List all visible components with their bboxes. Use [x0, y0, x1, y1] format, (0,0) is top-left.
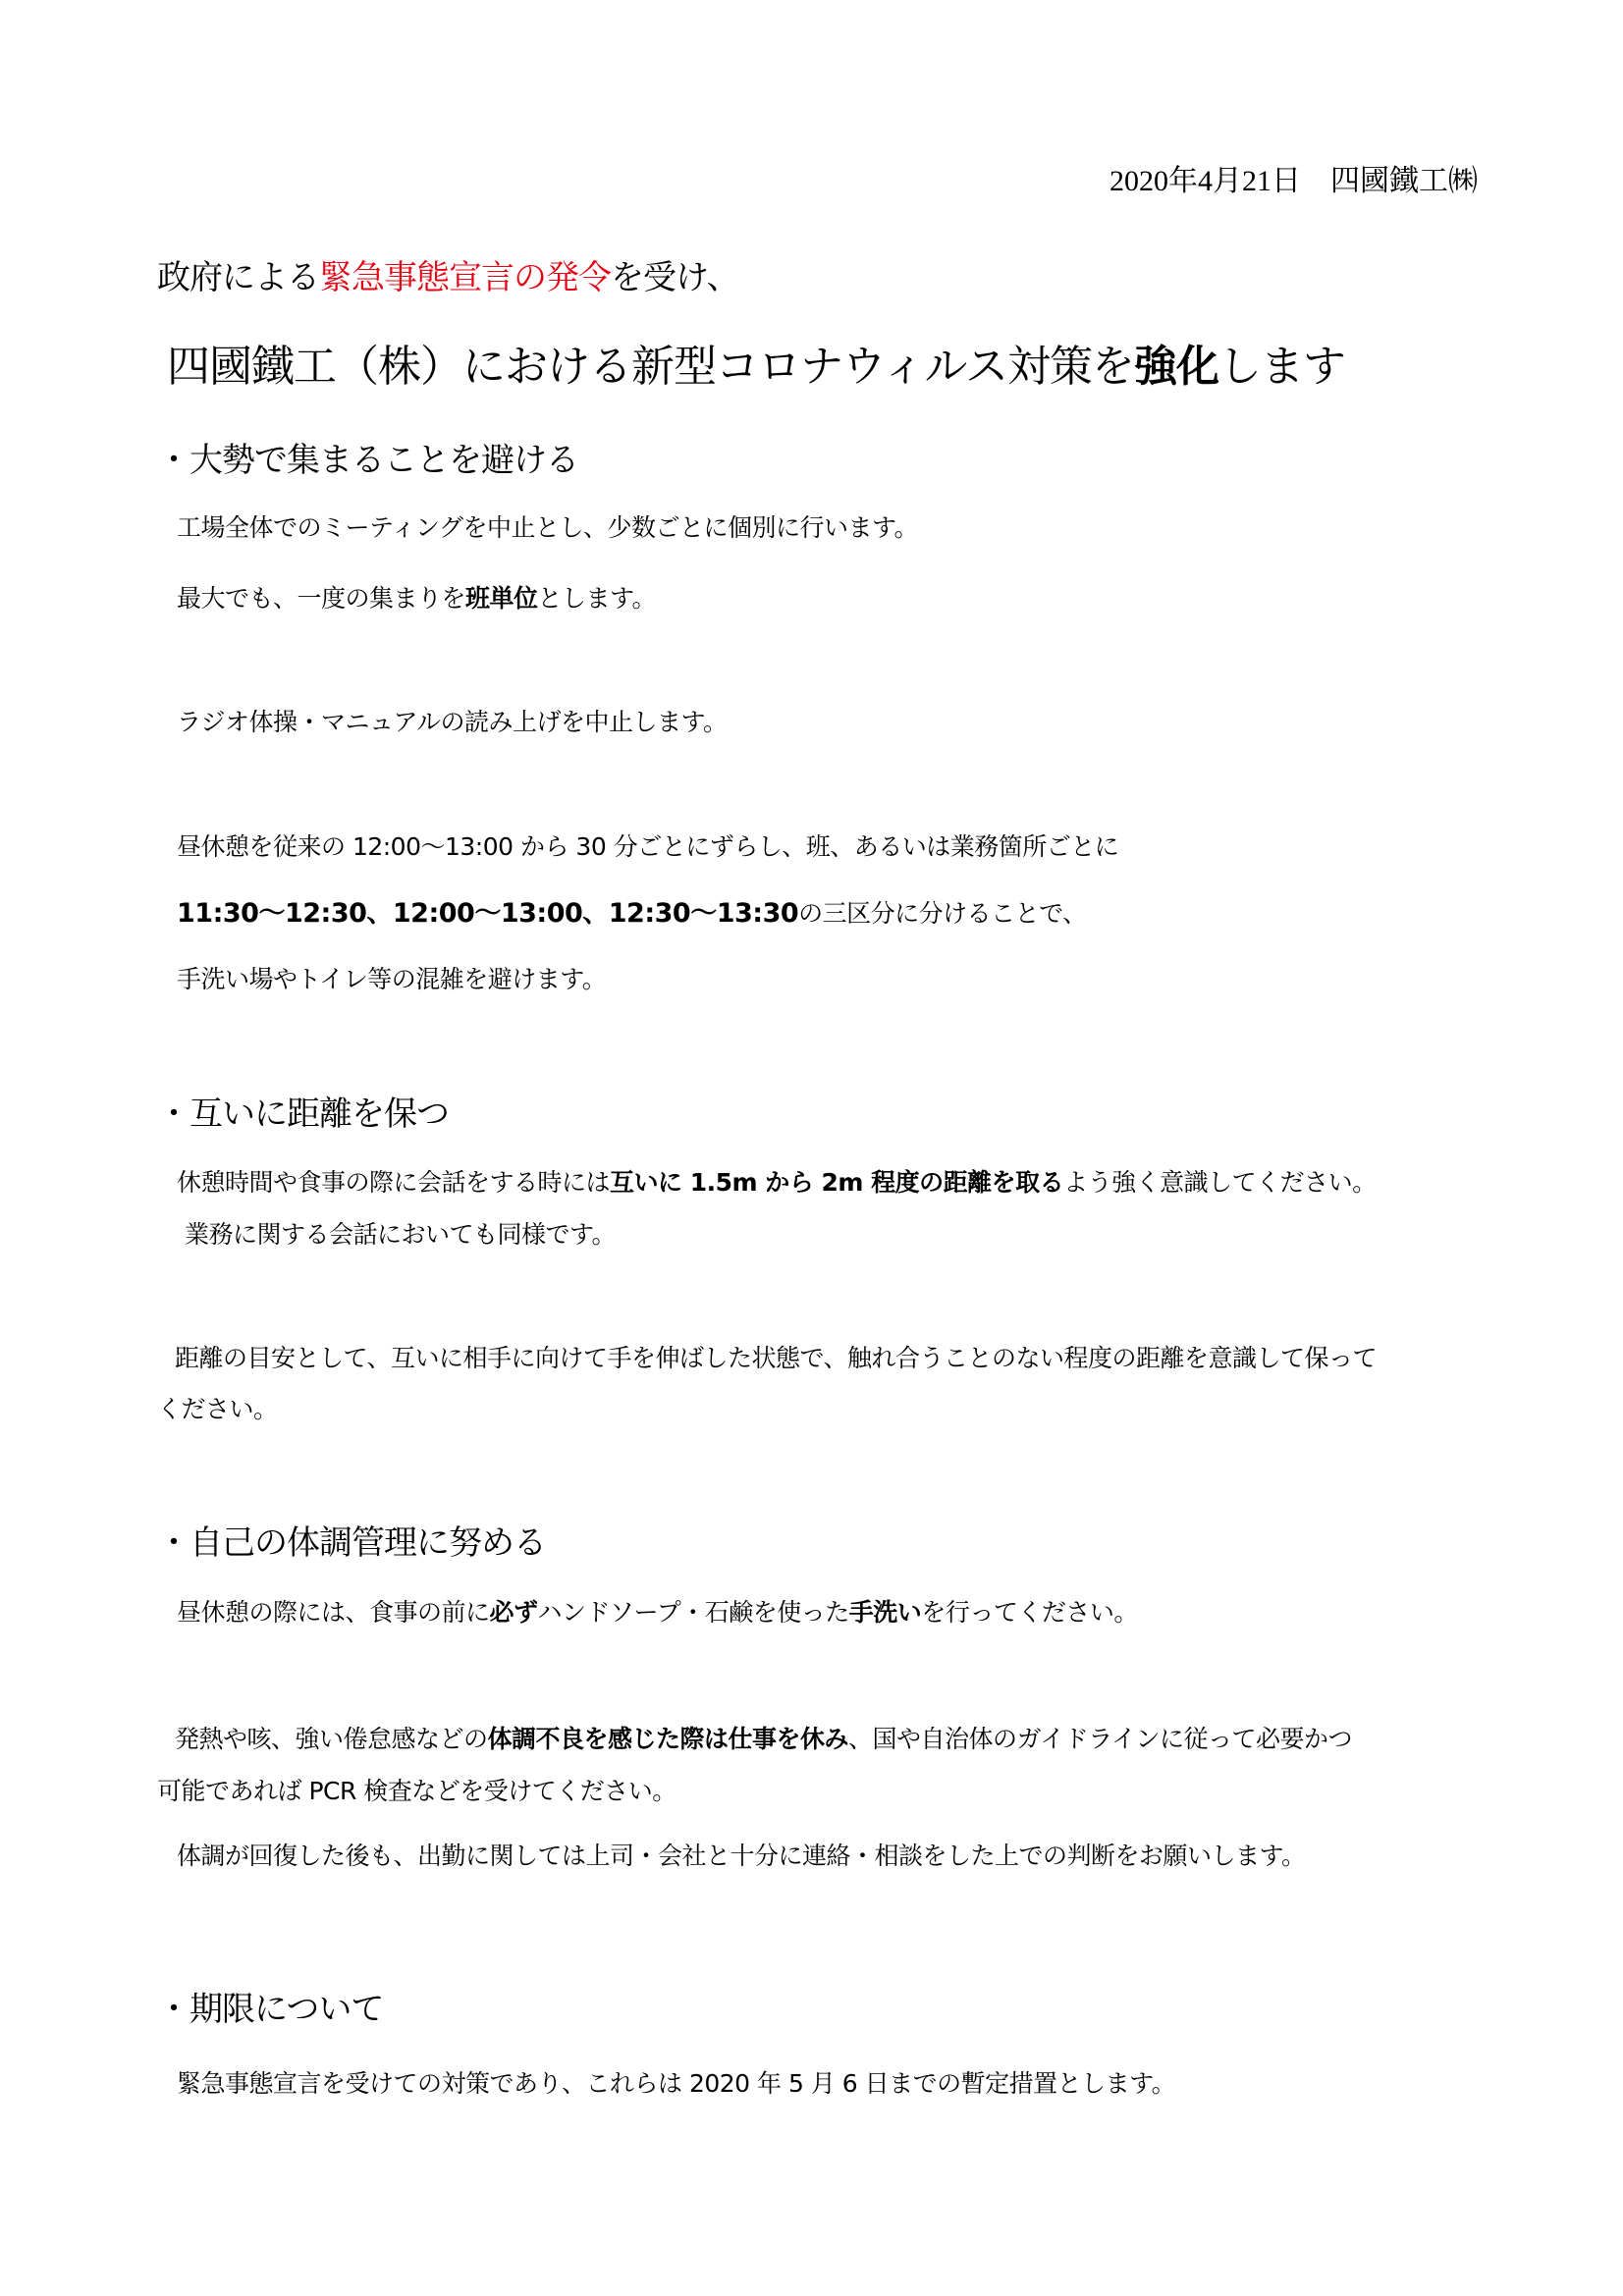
page-title: 四國鐵工（株）における新型コロナウィルス対策を強化します	[167, 346, 1345, 389]
text: 発熱や咳、強い倦怠感などの	[175, 1725, 488, 1753]
paragraph-continuation: ください。	[157, 1397, 278, 1421]
lead-sentence: 政府による緊急事態宣言の発令を受け、	[157, 261, 739, 294]
paragraph: 距離の目安として、互いに相手に向けて手を伸ばした状態で、触れ合うことのない程度の…	[175, 1346, 1377, 1370]
text: を行ってください。	[921, 1598, 1138, 1627]
section-heading-deadline: ・期限について	[157, 1993, 383, 2026]
paragraph: 発熱や咳、強い倦怠感などの体調不良を感じた際は仕事を休み、国や自治体のガイドライ…	[175, 1727, 1352, 1751]
lead-post: を受け、	[611, 258, 739, 297]
paragraph: ラジオ体操・マニュアルの読み上げを中止します。	[177, 710, 728, 734]
text: の三区分に分けることで、	[798, 899, 1087, 928]
title-post: します	[1218, 342, 1345, 392]
text: 最大でも、一度の集まりを	[177, 584, 465, 613]
bold-text: 互いに 1.5m から 2m 程度の距離を取る	[610, 1168, 1063, 1197]
section-heading-health-management: ・自己の体調管理に努める	[157, 1526, 546, 1560]
text: よう強く意識してください。	[1063, 1168, 1377, 1197]
bold-text: 班単位	[465, 584, 538, 613]
paragraph: 業務に関する会話においても同様です。	[185, 1222, 616, 1247]
document-date-line: 2020年4月21日 四國鐵工㈱	[1109, 167, 1478, 196]
title-bold: 強化	[1134, 342, 1218, 392]
title-pre: 四國鐵工（株）における新型コロナウィルス対策を	[167, 342, 1134, 392]
bold-text: 体調不良を感じた際は仕事を休み	[488, 1725, 849, 1753]
paragraph: 工場全体でのミーティングを中止とし、少数ごとに個別に行います。	[177, 515, 918, 540]
paragraph: 手洗い場やトイレ等の混雑を避けます。	[177, 967, 606, 991]
text: 、国や自治体のガイドラインに従って必要かつ	[848, 1725, 1352, 1753]
paragraph: 11:30～12:30、12:00～13:00、12:30～13:30の三区分に…	[177, 900, 1087, 927]
document-date: 2020年4月21日	[1109, 165, 1301, 197]
paragraph: 昼休憩を従来の 12:00～13:00 から 30 分ごとにずらし、班、あるいは…	[177, 834, 1118, 859]
paragraph-continuation: 可能であれば PCR 検査などを受けてください。	[157, 1779, 676, 1803]
text: 昼休憩の際には、食事の前に	[177, 1598, 490, 1627]
paragraph: 最大でも、一度の集まりを班単位とします。	[177, 586, 656, 611]
text: ハンドソープ・石鹸を使った	[538, 1598, 849, 1627]
bold-text: 手洗い	[849, 1598, 922, 1627]
text: 休憩時間や食事の際に会話をする時には	[177, 1168, 610, 1197]
company-name: 四國鐵工㈱	[1330, 165, 1478, 197]
section-heading-keep-distance: ・互いに距離を保つ	[157, 1097, 449, 1131]
lead-pre: 政府による	[157, 258, 319, 297]
paragraph: 昼休憩の際には、食事の前に必ずハンドソープ・石鹸を使った手洗いを行ってください。	[177, 1600, 1138, 1625]
section-heading-avoid-gathering: ・大勢で集まることを避ける	[157, 444, 578, 477]
bold-text: 必ず	[490, 1598, 538, 1627]
text: とします。	[538, 584, 657, 613]
paragraph: 体調が回復した後も、出勤に関しては上司・会社と十分に連絡・相談をした上での判断を…	[177, 1843, 1306, 1868]
paragraph: 休憩時間や食事の際に会話をする時には互いに 1.5m から 2m 程度の距離を取…	[177, 1170, 1377, 1195]
paragraph: 緊急事態宣言を受けての対策であり、これらは 2020 年 5 月 6 日までの暫…	[177, 2071, 1175, 2096]
emergency-declaration-highlight: 緊急事態宣言の発令	[319, 258, 611, 297]
bold-time-slots: 11:30～12:30、12:00～13:00、12:30～13:30	[177, 898, 798, 929]
